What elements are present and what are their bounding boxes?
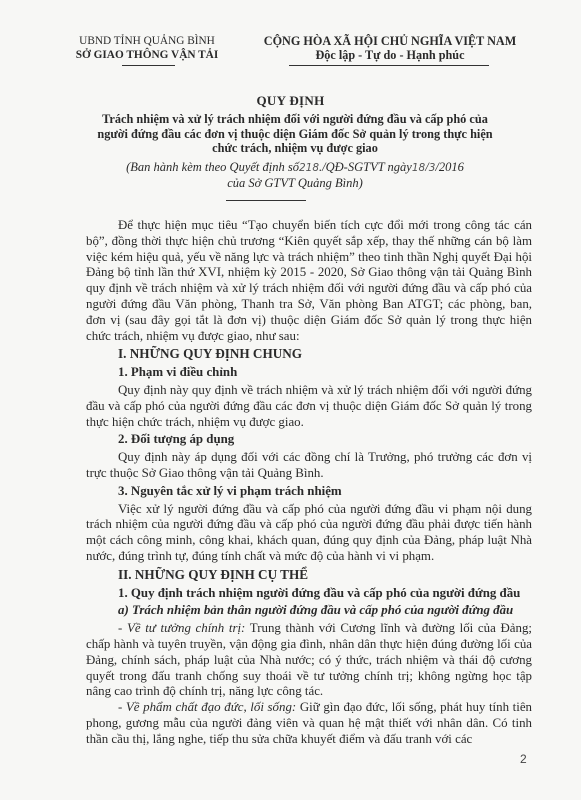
item-text-principles: Việc xử lý người đứng đầu và cấp phó của… [86,502,532,565]
section-heading-specific: II. NHỮNG QUY ĐỊNH CỤ THỂ [86,567,532,583]
subitem-heading-personal: a) Trách nhiệm bản thân người đứng đầu v… [86,603,532,619]
item-heading-principles: 3. Nguyên tắc xử lý vi phạm trách nhiệm [86,484,532,500]
point-label: - Về tư tưởng chính trị: [118,621,245,635]
item-heading-scope: 1. Phạm vi điều chỉnh [86,365,532,381]
agency-name: SỞ GIAO THÔNG VẬN TẢI [72,48,222,62]
handwritten-day: 18 [412,162,425,174]
point-ethics: - Về phẩm chất đạo đức, lối sống: Giữ gì… [86,700,532,747]
document-body: Để thực hiện mục tiêu “Tạo chuyển biến t… [86,218,532,748]
issuance-underline [226,200,306,201]
agency-parent: UBND TỈNH QUẢNG BÌNH [72,34,222,48]
item-text-subjects: Quy định này áp dụng đối với các đồng ch… [86,450,532,482]
agency-underline [122,65,175,66]
motto-underline [289,65,489,66]
document-title: QUY ĐỊNH [0,93,581,109]
item-heading-responsibility: 1. Quy định trách nhiệm người đứng đầu v… [86,586,532,602]
document-page: UBND TỈNH QUẢNG BÌNH SỞ GIAO THÔNG VẬN T… [0,0,581,800]
item-text-scope: Quy định này quy định về trách nhiệm và … [86,383,532,430]
point-political: - Về tư tưởng chính trị: Trung thành với… [86,621,532,700]
issuing-agency-block: UBND TỈNH QUẢNG BÌNH SỞ GIAO THÔNG VẬN T… [72,34,222,62]
national-motto-block: CỘNG HÒA XÃ HỘI CHỦ NGHĨA VIỆT NAM Độc l… [240,34,540,62]
handwritten-decision-number: 218 [299,162,319,174]
page-number: 2 [520,752,527,766]
issuance-authority: của Sở GTVT Quảng Bình) [85,176,505,191]
section-heading-general: I. NHỮNG QUY ĐỊNH CHUNG [86,346,532,362]
document-subtitle: Trách nhiệm và xử lý trách nhiệm đối với… [95,112,495,156]
issuance-note: (Ban hành kèm theo Quyết định số218./QĐ-… [85,160,505,191]
national-motto: Độc lập - Tự do - Hạnh phúc [240,48,540,62]
item-heading-subjects: 2. Đối tượng áp dụng [86,432,532,448]
national-name: CỘNG HÒA XÃ HỘI CHỦ NGHĨA VIỆT NAM [240,34,540,48]
point-label: - Về phẩm chất đạo đức, lối sống: [118,700,296,714]
intro-paragraph: Để thực hiện mục tiêu “Tạo chuyển biến t… [86,218,532,344]
